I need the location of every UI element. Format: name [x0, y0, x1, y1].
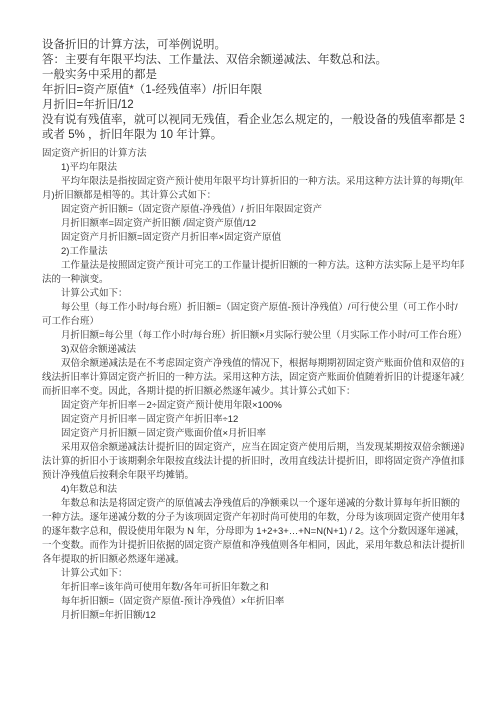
- text-line: 计算公式如下：: [42, 567, 464, 581]
- text-line: 1)平均年限法: [42, 161, 464, 175]
- text-line: 计算公式如下：: [42, 287, 464, 301]
- text-line: 每年折旧额=（固定资产原值-预计净残值）×年折旧率: [42, 595, 464, 609]
- text-line: 法计算的折旧小于该期剩余年限按直线法计提的折旧时，改用直线法计提折旧，即将固定资…: [42, 455, 464, 469]
- text-line: 的逐年数字总和，假设使用年限为 N 年，分母即为 1+2+3+…+N=N(N+1…: [42, 525, 464, 539]
- text-line: 每公里（每工作小时/每台班）折旧额=（固定资产原值-预计净残值）/可行使公里（可…: [42, 301, 464, 315]
- text-line: 一种方法。逐年递减分数的分子为该项固定资产年初时尚可使用的年数，分母为该项固定资…: [42, 511, 464, 525]
- document-content: 设备折旧的计算方法，可举例说明。答：主要有年限平均法、工作量法、双倍余额递减法、…: [42, 38, 464, 623]
- text-line: 固定资产月折旧率－固定资产年折旧率÷12: [42, 413, 464, 427]
- text-line: 答：主要有年限平均法、工作量法、双倍余额递减法、年数总和法。: [42, 53, 464, 68]
- text-line: 固定资产月折旧额－固定资产账面价值×月折旧率: [42, 427, 464, 441]
- text-line: 平均年限法是指按固定资产预计使用年限平均计算折旧的一种方法。采用这种方法计算的每…: [42, 175, 464, 189]
- intro-section: 设备折旧的计算方法，可举例说明。答：主要有年限平均法、工作量法、双倍余额递减法、…: [42, 38, 464, 143]
- text-line: 法的一种演变。: [42, 273, 464, 287]
- text-line: 而折旧率不变。因此，各期计提的折旧额必然逐年减少。其计算公式如下：: [42, 385, 464, 399]
- text-line: 没有说有残值率，就可以视同无残值，看企业怎么规定的，一般设备的残值率都是 3%: [42, 113, 464, 128]
- text-line: 月)折旧额都是相等的。其计算公式如下：: [42, 189, 464, 203]
- body-section: 固定资产折旧的计算方法1)平均年限法平均年限法是指按固定资产预计使用年限平均计算…: [42, 147, 464, 623]
- text-line: 年折旧率=该年尚可使用年数/各年可折旧年数之和: [42, 581, 464, 595]
- text-line: 年折旧=资产原值*（1-经残值率）/折旧年限: [42, 83, 464, 98]
- text-line: 月折旧额=每公里（每工作小时/每台班）折旧额×月实际行驶公里（月实际工作小时/可…: [42, 329, 464, 343]
- text-line: 固定资产年折旧率－2÷固定资产预计使用年限×100%: [42, 399, 464, 413]
- text-line: 月折旧额=年折旧额/12: [42, 609, 464, 623]
- text-line: 设备折旧的计算方法，可举例说明。: [42, 38, 464, 53]
- text-line: 固定资产折旧的计算方法: [42, 147, 464, 161]
- text-line: 或者 5% ，折旧年限为 10 年计算。: [42, 128, 464, 143]
- text-line: 月折旧额率=固定资产折旧额 /固定资产原值/12: [42, 217, 464, 231]
- text-line: 4)年数总和法: [42, 483, 464, 497]
- text-line: 采用双倍余额递减法计提折旧的固定资产，应当在固定资产使用后期，当发现某期按双倍余…: [42, 441, 464, 455]
- text-line: 各年提取的折旧额必然逐年递减。: [42, 553, 464, 567]
- text-line: 预计净残值后按剩余年限平均摊销。: [42, 469, 464, 483]
- text-line: 双倍余额递减法是在不考虑固定资产净残值的情况下，根据每期期初固定资产账面价值和双…: [42, 357, 464, 371]
- document-page: 设备折旧的计算方法，可举例说明。答：主要有年限平均法、工作量法、双倍余额递减法、…: [0, 0, 496, 702]
- text-line: 月折旧=年折旧/12: [42, 98, 464, 113]
- text-line: 可工作台班）: [42, 315, 464, 329]
- text-line: 固定资产月折旧额=固定资产月折旧率×固定资产原值: [42, 231, 464, 245]
- text-line: 工作量法是按照固定资产预计可完工的工作量计提折旧额的一种方法。这种方法实际上是平…: [42, 259, 464, 273]
- text-line: 一般实务中采用的都是: [42, 68, 464, 83]
- text-line: 固定资产折旧额=（固定资产原值-净残值）/ 折旧年限固定资产: [42, 203, 464, 217]
- text-line: 2)工作量法: [42, 245, 464, 259]
- text-line: 年数总和法是将固定资产的原值减去净残值后的净额乘以一个逐年递减的分数计算每年折旧…: [42, 497, 464, 511]
- text-line: 一个变数。而作为计提折旧依据的固定资产原值和净残值则各年相同，因此，采用年数总和…: [42, 539, 464, 553]
- text-line: 线法折旧率计算固定资产折旧的一种方法。采用这种方法，固定资产账面价值随着折旧的计…: [42, 371, 464, 385]
- text-line: 3)双倍余额递减法: [42, 343, 464, 357]
